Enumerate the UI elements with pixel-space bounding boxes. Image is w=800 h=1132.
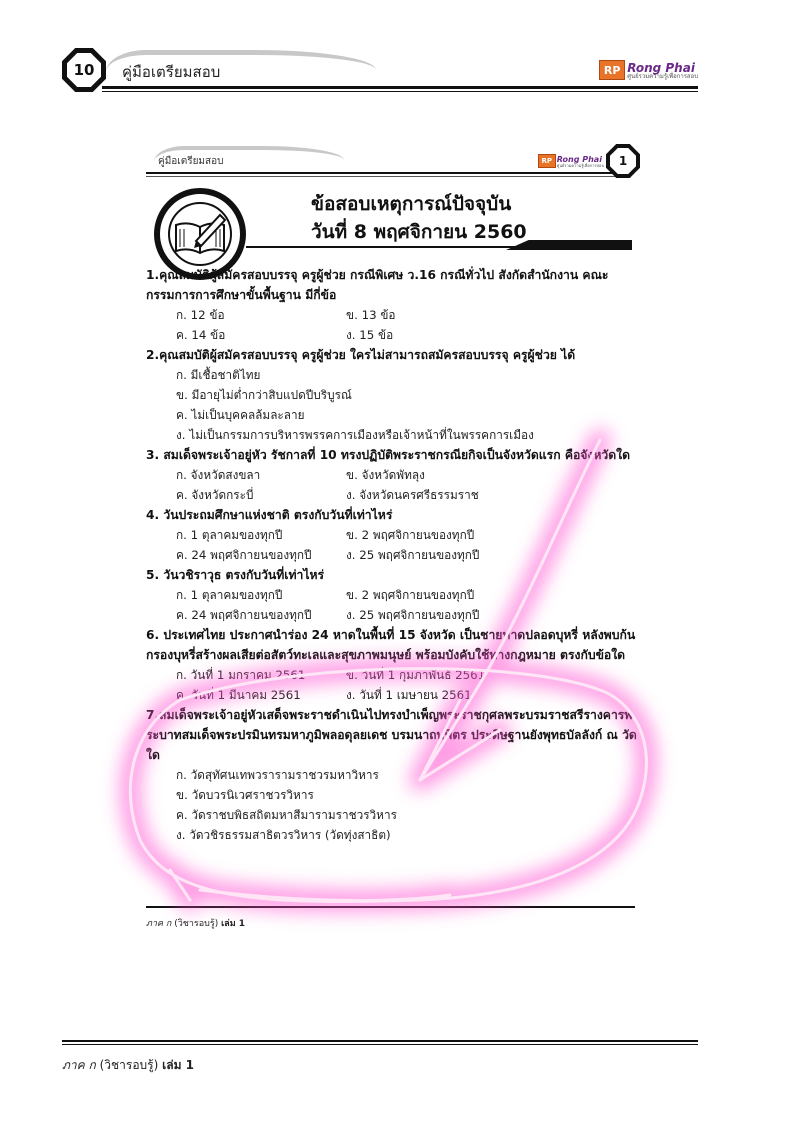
question-text: 4. วันประถมศึกษาแห่งชาติ ตรงกับวันที่เท่… [146,505,640,525]
header-title: คู่มือเตรียมสอบ [122,60,220,84]
rong-phai-logo: RP Rong Phai ศูนย์รวมความรู้เพื่อการสอบ [599,60,698,80]
answer-option: ข. 2 พฤศจิกายนของทุกปี [346,525,566,545]
answer-option: ก. 1 ตุลาคมของทุกปี [176,525,346,545]
inner-rong-phai-logo: RP Rong Phai ศูนย์รวมความรู้เพื่อการสอบ [538,154,604,168]
outer-footer-subject: (วิชารอบรู้) [100,1058,159,1072]
question-text: 7.สมเด็จพระเจ้าอยู่หัวเสด็จพระราชดำเนินไ… [146,705,640,765]
answer-option: ข. จังหวัดพัทลุง [346,465,566,485]
inner-logo-mark-icon: RP [538,154,556,168]
answer-option: ง. วันที่ 1 เมษายน 2561 [346,685,566,705]
outer-footer-part: ภาค ก [62,1058,96,1072]
answer-option: ค. ไม่เป็นบุคคลล้มละลาย [176,405,640,425]
answer-option: ง. วัดวชิรธรรมสาธิตวรวิหาร (วัดทุ่งสาธิต… [176,825,640,845]
inner-page-number: 1 [610,148,636,174]
outer-footer-volume: เล่ม 1 [162,1058,194,1072]
answer-option: ก. วันที่ 1 มกราคม 2561 [176,665,346,685]
question-text: 2.คุณสมบัติผู้สมัครสอบบรรจุ ครูผู้ช่วย ใ… [146,345,640,365]
question-text: 1.คุณสมบัติผู้สมัครสอบบรรจุ ครูผู้ช่วย ก… [146,265,640,305]
answer-options: ก. มีเชื้อชาติไทยข. มีอายุไม่ต่ำกว่าสิบแ… [146,365,640,445]
inner-header-rule [146,172,616,174]
inner-logo-subtext: ศูนย์รวมความรู้เพื่อการสอบ [557,164,604,168]
document-title: ข้อสอบเหตุการณ์ปัจจุบัน วันที่ 8 พฤศจิกา… [311,190,527,246]
answer-option: ค. 24 พฤศจิกายนของทุกปี [176,605,346,625]
outer-footer-rule [62,1040,698,1042]
answer-option: ค. วันที่ 1 มีนาคม 2561 [176,685,346,705]
question-text: 6. ประเทศไทย ประกาศนำร่อง 24 หาดในพื้นที… [146,625,640,665]
inner-page-header: คู่มือเตรียมสอบ RP Rong Phai ศูนย์รวมควา… [146,140,640,180]
inner-footer: ภาค ก (วิชารอบรู้) เล่ม 1 [146,916,245,930]
answer-option: ก. มีเชื้อชาติไทย [176,365,640,385]
answer-option: ข. วันที่ 1 กุมภาพันธ์ 2561 [346,665,566,685]
inner-header-rule-thin [146,176,616,177]
inner-footer-rule [146,906,635,908]
answer-option: ง. ไม่เป็นกรรมการบริหารพรรคการเมืองหรือเ… [176,425,640,445]
answer-options: ก. จังหวัดสงขลาข. จังหวัดพัทลุงค. จังหวั… [146,465,640,505]
inner-footer-part: ภาค ก [146,919,171,929]
answer-option: ง. 25 พฤศจิกายนของทุกปี [346,605,566,625]
outer-page-header: 10 คู่มือเตรียมสอบ RP Rong Phai ศูนย์รวม… [62,46,698,96]
book-icon [172,211,228,257]
title-underline [246,246,536,248]
logo-subtext: ศูนย์รวมความรู้เพื่อการสอบ [627,74,698,80]
document-title-line2: วันที่ 8 พฤศจิกายน 2560 [311,218,527,246]
answer-option: ค. จังหวัดกระบี่ [176,485,346,505]
question-text: 5. วันวชิราวุธ ตรงกับวันที่เท่าไหร่ [146,565,640,585]
answer-option: ง. 15 ข้อ [346,325,566,345]
answer-option: ก. 12 ข้อ [176,305,346,325]
inner-header-title: คู่มือเตรียมสอบ [158,154,223,169]
page-number: 10 [67,53,101,87]
outer-footer-rule-thin [62,1044,698,1045]
header-rule [102,86,698,89]
inner-footer-volume: เล่ม 1 [221,919,245,929]
answer-options: ก. 1 ตุลาคมของทุกปีข. 2 พฤศจิกายนของทุกป… [146,585,640,625]
inner-footer-subject: (วิชารอบรู้) [174,919,218,929]
inner-page: คู่มือเตรียมสอบ RP Rong Phai ศูนย์รวมควา… [146,140,640,940]
answer-options: ก. วันที่ 1 มกราคม 2561ข. วันที่ 1 กุมภา… [146,665,640,705]
document-title-line1: ข้อสอบเหตุการณ์ปัจจุบัน [311,190,527,218]
question-list: 1.คุณสมบัติผู้สมัครสอบบรรจุ ครูผู้ช่วย ก… [146,265,640,845]
answer-option: ข. วัดบวรนิเวศราชวรวิหาร [176,785,640,805]
answer-option: ค. วัดราชบพิธสถิตมหาสีมารามราชวรวิหาร [176,805,640,825]
header-rule-thin [102,91,698,92]
page-number-badge: 10 [62,48,106,92]
answer-option: ก. 1 ตุลาคมของทุกปี [176,585,346,605]
answer-option: ง. จังหวัดนครศรีธรรมราช [346,485,566,505]
answer-option: ค. 14 ข้อ [176,325,346,345]
answer-options: ก. 1 ตุลาคมของทุกปีข. 2 พฤศจิกายนของทุกป… [146,525,640,565]
outer-footer: ภาค ก (วิชารอบรู้) เล่ม 1 [62,1056,194,1075]
answer-option: ง. 25 พฤศจิกายนของทุกปี [346,545,566,565]
answer-option: ข. มีอายุไม่ต่ำกว่าสิบแปดปีบริบูรณ์ [176,385,640,405]
answer-option: ก. จังหวัดสงขลา [176,465,346,485]
answer-option: ก. วัดสุทัศนเทพวรารามราชวรมหาวิหาร [176,765,640,785]
logo-mark-icon: RP [599,60,625,80]
answer-options: ก. 12 ข้อข. 13 ข้อค. 14 ข้อง. 15 ข้อ [146,305,640,345]
question-text: 3. สมเด็จพระเจ้าอยู่หัว รัชกาลที่ 10 ทรง… [146,445,640,465]
answer-options: ก. วัดสุทัศนเทพวรารามราชวรมหาวิหารข. วัด… [146,765,640,845]
answer-option: ค. 24 พฤศจิกายนของทุกปี [176,545,346,565]
answer-option: ข. 2 พฤศจิกายนของทุกปี [346,585,566,605]
answer-option: ข. 13 ข้อ [346,305,566,325]
